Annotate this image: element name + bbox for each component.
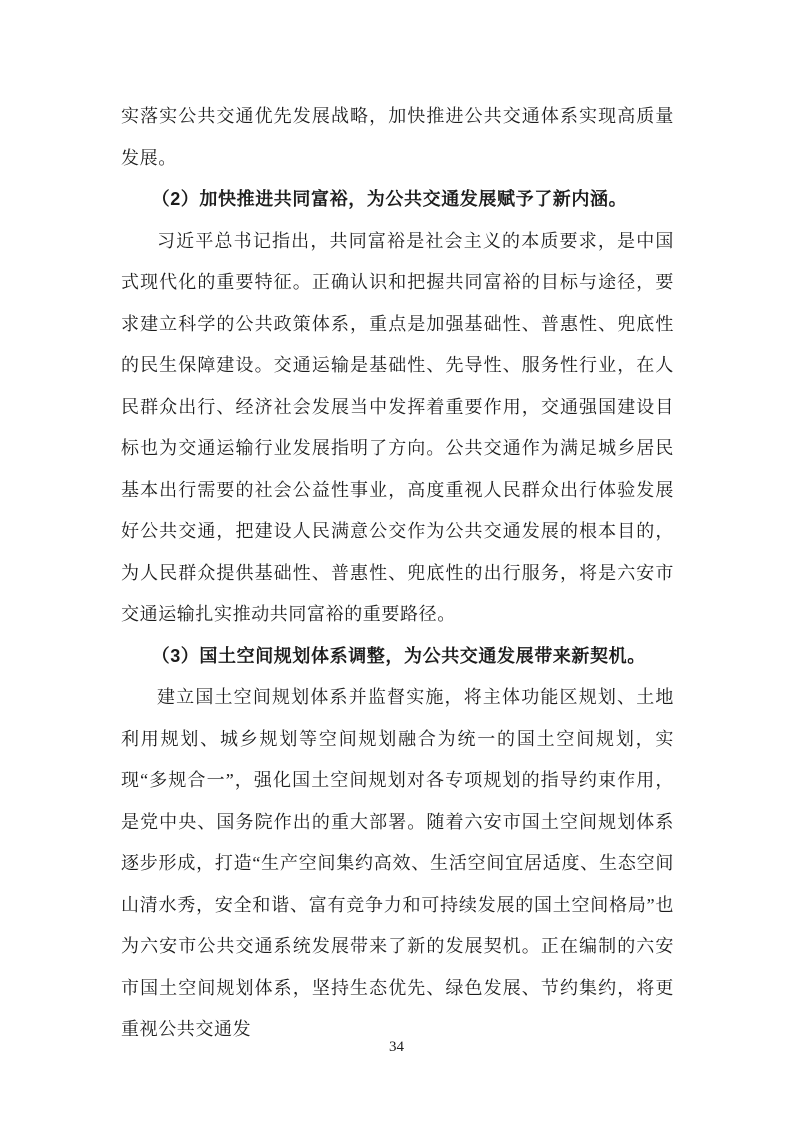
document-page: 实落实公共交通优先发展战略，加快推进公共交通体系实现高质量发展。 （2）加快推进… [0,0,793,1122]
paragraph-continuation: 实落实公共交通优先发展战略，加快推进公共交通体系实现高质量发展。 [121,96,674,179]
page-number: 34 [0,1035,793,1059]
document-content: 实落实公共交通优先发展战略，加快推进公共交通体系实现高质量发展。 （2）加快推进… [121,96,674,1051]
paragraph-territorial-planning: 建立国土空间规划体系并监督实施，将主体功能区规划、土地利用规划、城乡规划等空间规… [121,677,674,1051]
section-heading-3: （3）国土空间规划体系调整，为公共交通发展带来新契机。 [121,636,674,678]
section-heading-2: （2）加快推进共同富裕，为公共交通发展赋予了新内涵。 [121,179,674,221]
paragraph-common-prosperity: 习近平总书记指出，共同富裕是社会主义的本质要求，是中国式现代化的重要特征。正确认… [121,221,674,636]
